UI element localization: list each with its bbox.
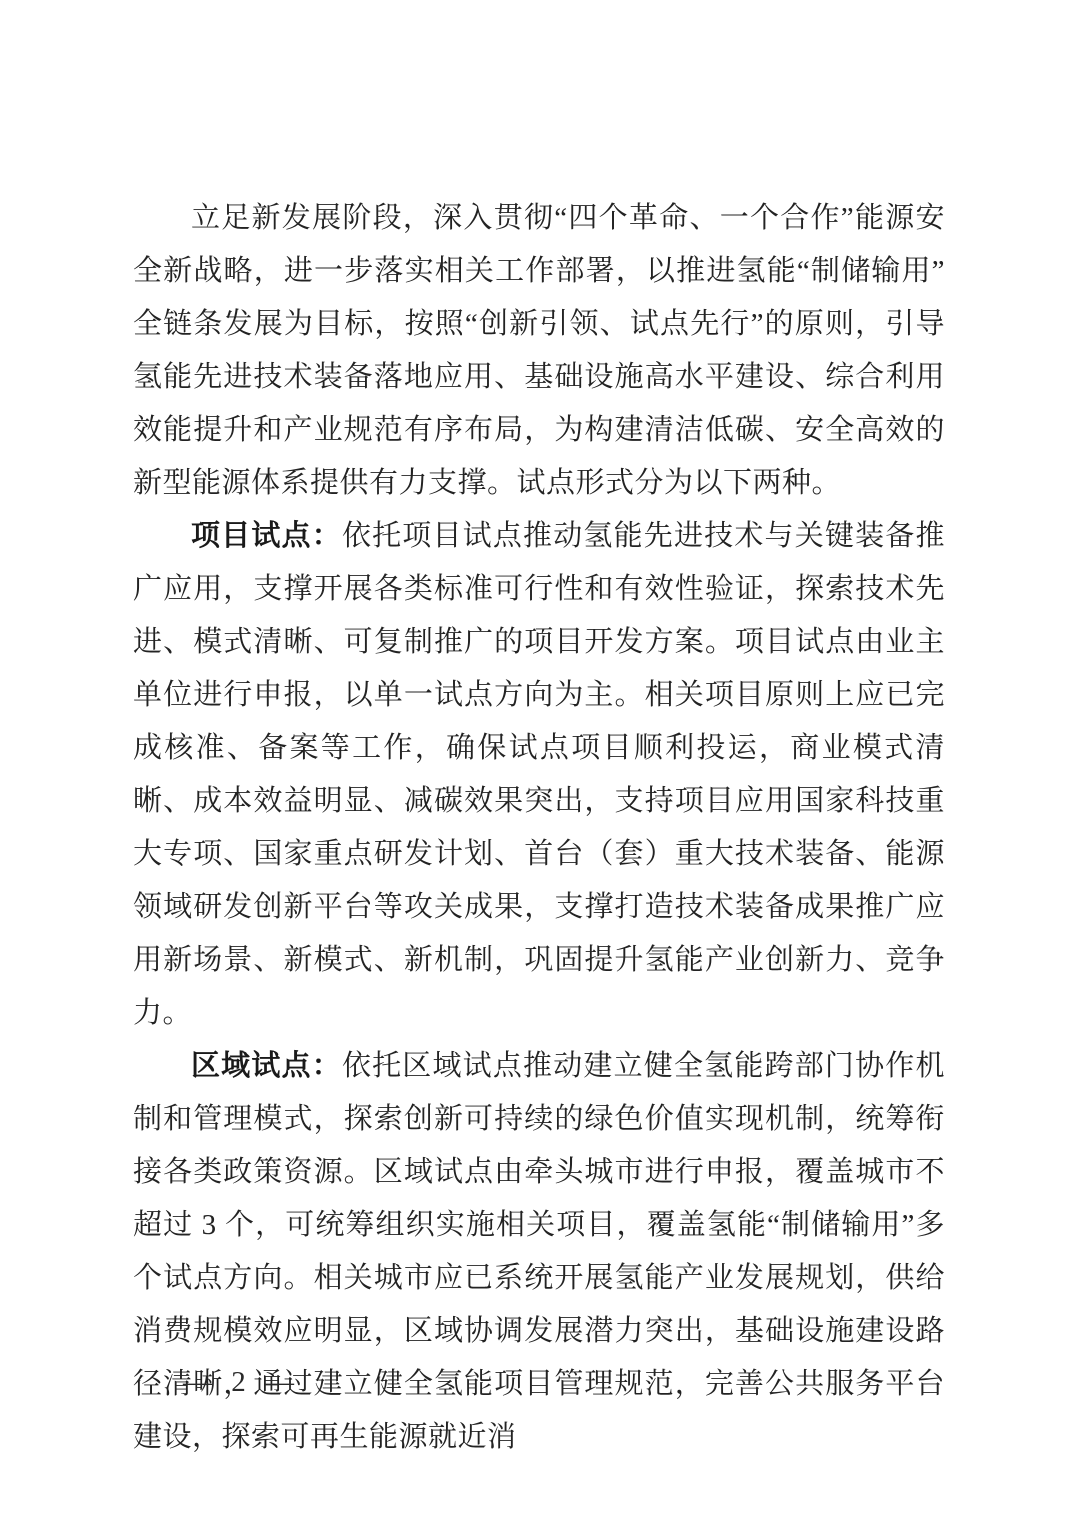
paragraph-lead: 区域试点： — [191, 1050, 342, 1082]
paragraph-intro: 立足新发展阶段，深入贯彻“四个革命、一个合作”能源安全新战略，进一步落实相关工作… — [133, 192, 945, 510]
paragraph-project-pilot: 项目试点：依托项目试点推动氢能先进技术与关键装备推广应用，支撑开展各类标准可行性… — [133, 510, 945, 1040]
document-body: 立足新发展阶段，深入贯彻“四个革命、一个合作”能源安全新战略，进一步落实相关工作… — [133, 192, 945, 1464]
document-page: 立足新发展阶段，深入贯彻“四个革命、一个合作”能源安全新战略，进一步落实相关工作… — [0, 0, 1080, 1531]
paragraph-text: 依托项目试点推动氢能先进技术与关键装备推广应用，支撑开展各类标准可行性和有效性验… — [133, 520, 945, 1029]
paragraph-text: 立足新发展阶段，深入贯彻“四个革命、一个合作”能源安全新战略，进一步落实相关工作… — [133, 202, 945, 499]
page-number: — 2 — — [183, 1362, 300, 1402]
paragraph-lead: 项目试点： — [191, 520, 342, 552]
